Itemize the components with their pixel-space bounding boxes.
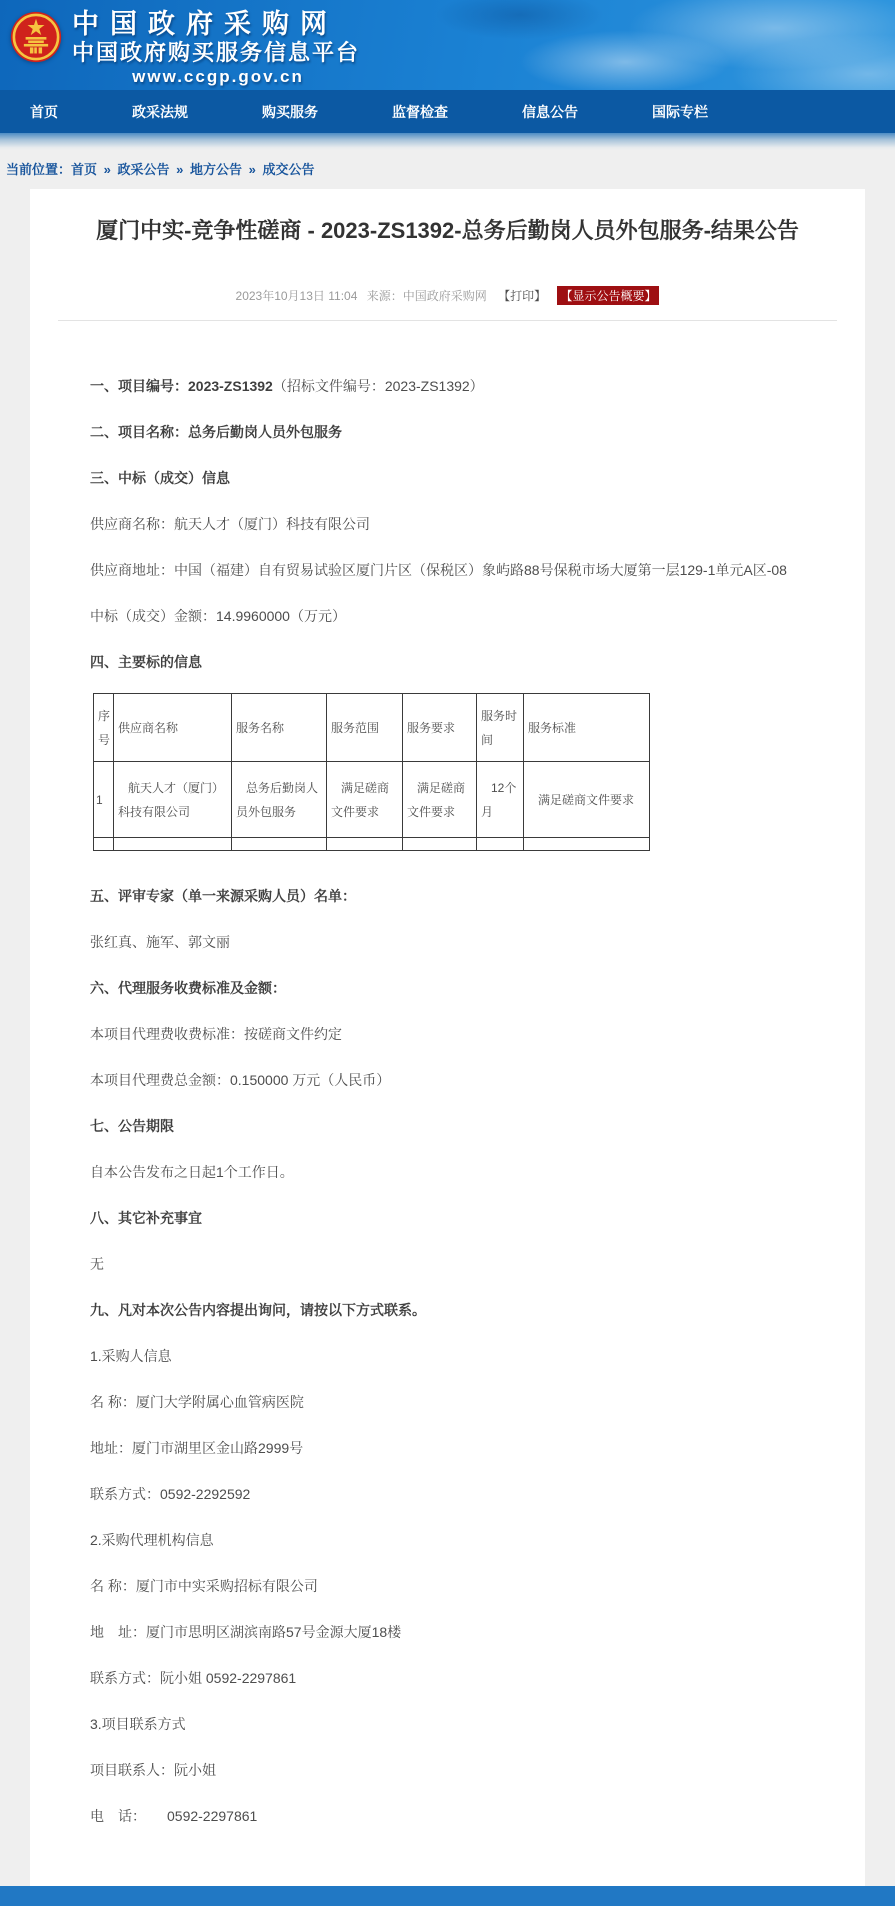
breadcrumb-separator: » [242,162,262,177]
section-other-heading: 八、其它补充事宜 [90,1203,810,1233]
agency-name: 名 称：厦门市中实采购招标有限公司 [90,1571,810,1601]
table-cell: 航天人才（厦门）科技有限公司 [114,762,232,838]
section-agency-fee-heading: 六、代理服务收费标准及金额： [90,973,810,1003]
show-summary-button[interactable]: 【显示公告概要】 [557,286,659,305]
agency-fee-amount: 本项目代理费总金额：0.150000 万元（人民币） [90,1065,810,1095]
nav-item-policies[interactable]: 政采法规 [132,102,188,122]
nav-item-home[interactable]: 首页 [30,102,58,122]
site-logo[interactable]: 中国政府采购网 中国政府购买服务信息平台 www.ccgp.gov.cn [8,9,895,88]
site-header: 中国政府采购网 中国政府购买服务信息平台 www.ccgp.gov.cn [0,0,895,90]
site-titles: 中国政府采购网 中国政府购买服务信息平台 www.ccgp.gov.cn [72,9,372,88]
purchaser-contact: 联系方式：0592-2292592 [90,1479,810,1509]
site-url: www.ccgp.gov.cn [72,66,364,88]
table-cell: 总务后勤岗人员外包服务 [232,762,327,838]
paragraphs-after-table: 五、评审专家（单一来源采购人员）名单：张红真、施军、郭文丽六、代理服务收费标准及… [90,881,810,1831]
section-project-number: 一、项目编号：2023-ZS1392（招标文件编号：2023-ZS1392） [90,371,810,401]
nav-fade-strip [0,133,895,150]
breadcrumb-link[interactable]: 地方公告 [190,162,242,177]
bid-items-table: 序号供应商名称服务名称服务范围服务要求服务时间服务标准 1航天人才（厦门）科技有… [93,693,650,851]
breadcrumb-link[interactable]: 成交公告 [262,162,314,177]
table-header-cell: 供应商名称 [114,694,232,762]
announcement-period: 自本公告发布之日起1个工作日。 [90,1157,810,1187]
table-cell [403,838,477,851]
other-content: 无 [90,1249,810,1279]
section-award-info-heading: 三、中标（成交）信息 [90,463,810,493]
table-cell [524,838,650,851]
table-cell [327,838,403,851]
project-contact-phone: 电 话： 0592-2297861 [90,1801,810,1831]
breadcrumb-items: 首页 » 政采公告 » 地方公告 » 成交公告 [71,162,314,177]
table-row: 1航天人才（厦门）科技有限公司总务后勤岗人员外包服务满足磋商文件要求满足磋商文件… [94,762,650,838]
breadcrumb-separator: » [97,162,117,177]
breadcrumb-separator: » [170,162,190,177]
agency-address: 地 址：厦门市思明区湖滨南路57号金源大厦18楼 [90,1617,810,1647]
table-header-cell: 服务范围 [327,694,403,762]
table-header-cell: 服务时间 [477,694,524,762]
table-cell: 满足磋商文件要求 [327,762,403,838]
footer-bar [0,1886,895,1906]
table-cell [477,838,524,851]
table-cell [232,838,327,851]
table-cell: 12个月 [477,762,524,838]
section-main-subject-heading: 四、主要标的信息 [90,647,810,677]
page: 中国政府采购网 中国政府购买服务信息平台 www.ccgp.gov.cn 首页政… [0,0,895,1906]
table-header-cell: 服务要求 [403,694,477,762]
table-row [94,838,650,851]
breadcrumb: 当前位置：首页 » 政采公告 » 地方公告 » 成交公告 [0,150,895,186]
table-cell: 满足磋商文件要求 [524,762,650,838]
table-cell [94,838,114,851]
publish-datetime: 2023年10月13日 11:04 [236,289,358,303]
site-subtitle: 中国政府购买服务信息平台 [72,39,372,66]
nav-item-international[interactable]: 国际专栏 [652,102,708,122]
nav-item-supervision[interactable]: 监督检查 [392,102,448,122]
site-name: 中国政府采购网 [72,9,372,39]
table-cell [114,838,232,851]
article-meta: 2023年10月13日 11:04 来源：中国政府采购网 【打印】 【显示公告概… [30,286,865,305]
table-header-cell: 序号 [94,694,114,762]
print-button[interactable]: 【打印】 [498,289,546,303]
article-body: 一、项目编号：2023-ZS1392（招标文件编号：2023-ZS1392）二、… [30,321,865,1831]
table-header-cell: 服务标准 [524,694,650,762]
project-contact-heading: 3.项目联系方式 [90,1709,810,1739]
paragraphs-before-table: 一、项目编号：2023-ZS1392（招标文件编号：2023-ZS1392）二、… [90,371,810,677]
agency-contact: 联系方式：阮小姐 0592-2297861 [90,1663,810,1693]
article-source: 来源：中国政府采购网 [367,289,487,303]
breadcrumb-link[interactable]: 首页 [71,162,97,177]
section-experts-heading: 五、评审专家（单一来源采购人员）名单： [90,881,810,911]
main-nav: 首页政采法规购买服务监督检查信息公告国际专栏 [0,90,895,133]
award-amount: 中标（成交）金额：14.9960000（万元） [90,601,810,631]
experts-list: 张红真、施军、郭文丽 [90,927,810,957]
section-contact-heading: 九、凡对本次公告内容提出询问，请按以下方式联系。 [90,1295,810,1325]
nav-items-container: 首页政采法规购买服务监督检查信息公告国际专栏 [30,102,708,122]
agency-fee-standard: 本项目代理费收费标准：按磋商文件约定 [90,1019,810,1049]
table-header-cell: 服务名称 [232,694,327,762]
national-emblem-icon [10,11,62,63]
breadcrumb-link[interactable]: 政采公告 [118,162,170,177]
table-cell: 1 [94,762,114,838]
article-title: 厦门中实-竞争性磋商 - 2023-ZS1392-总务后勤岗人员外包服务-结果公… [30,189,865,246]
breadcrumb-label: 当前位置： [6,162,71,177]
table-header-row: 序号供应商名称服务名称服务范围服务要求服务时间服务标准 [94,694,650,762]
article-card: 厦门中实-竞争性磋商 - 2023-ZS1392-总务后勤岗人员外包服务-结果公… [30,189,865,1887]
table-cell: 满足磋商文件要求 [403,762,477,838]
agency-info-heading: 2.采购代理机构信息 [90,1525,810,1555]
nav-item-announcements[interactable]: 信息公告 [522,102,578,122]
section-announcement-period-heading: 七、公告期限 [90,1111,810,1141]
purchaser-name: 名 称：厦门大学附属心血管病医院 [90,1387,810,1417]
supplier-address: 供应商地址：中国（福建）自有贸易试验区厦门片区（保税区）象屿路88号保税市场大厦… [90,555,810,585]
project-contact-person: 项目联系人：阮小姐 [90,1755,810,1785]
section-project-name: 二、项目名称：总务后勤岗人员外包服务 [90,417,810,447]
supplier-name: 供应商名称：航天人才（厦门）科技有限公司 [90,509,810,539]
nav-item-purchase-services[interactable]: 购买服务 [262,102,318,122]
purchaser-address: 地址：厦门市湖里区金山路2999号 [90,1433,810,1463]
purchaser-info-heading: 1.采购人信息 [90,1341,810,1371]
